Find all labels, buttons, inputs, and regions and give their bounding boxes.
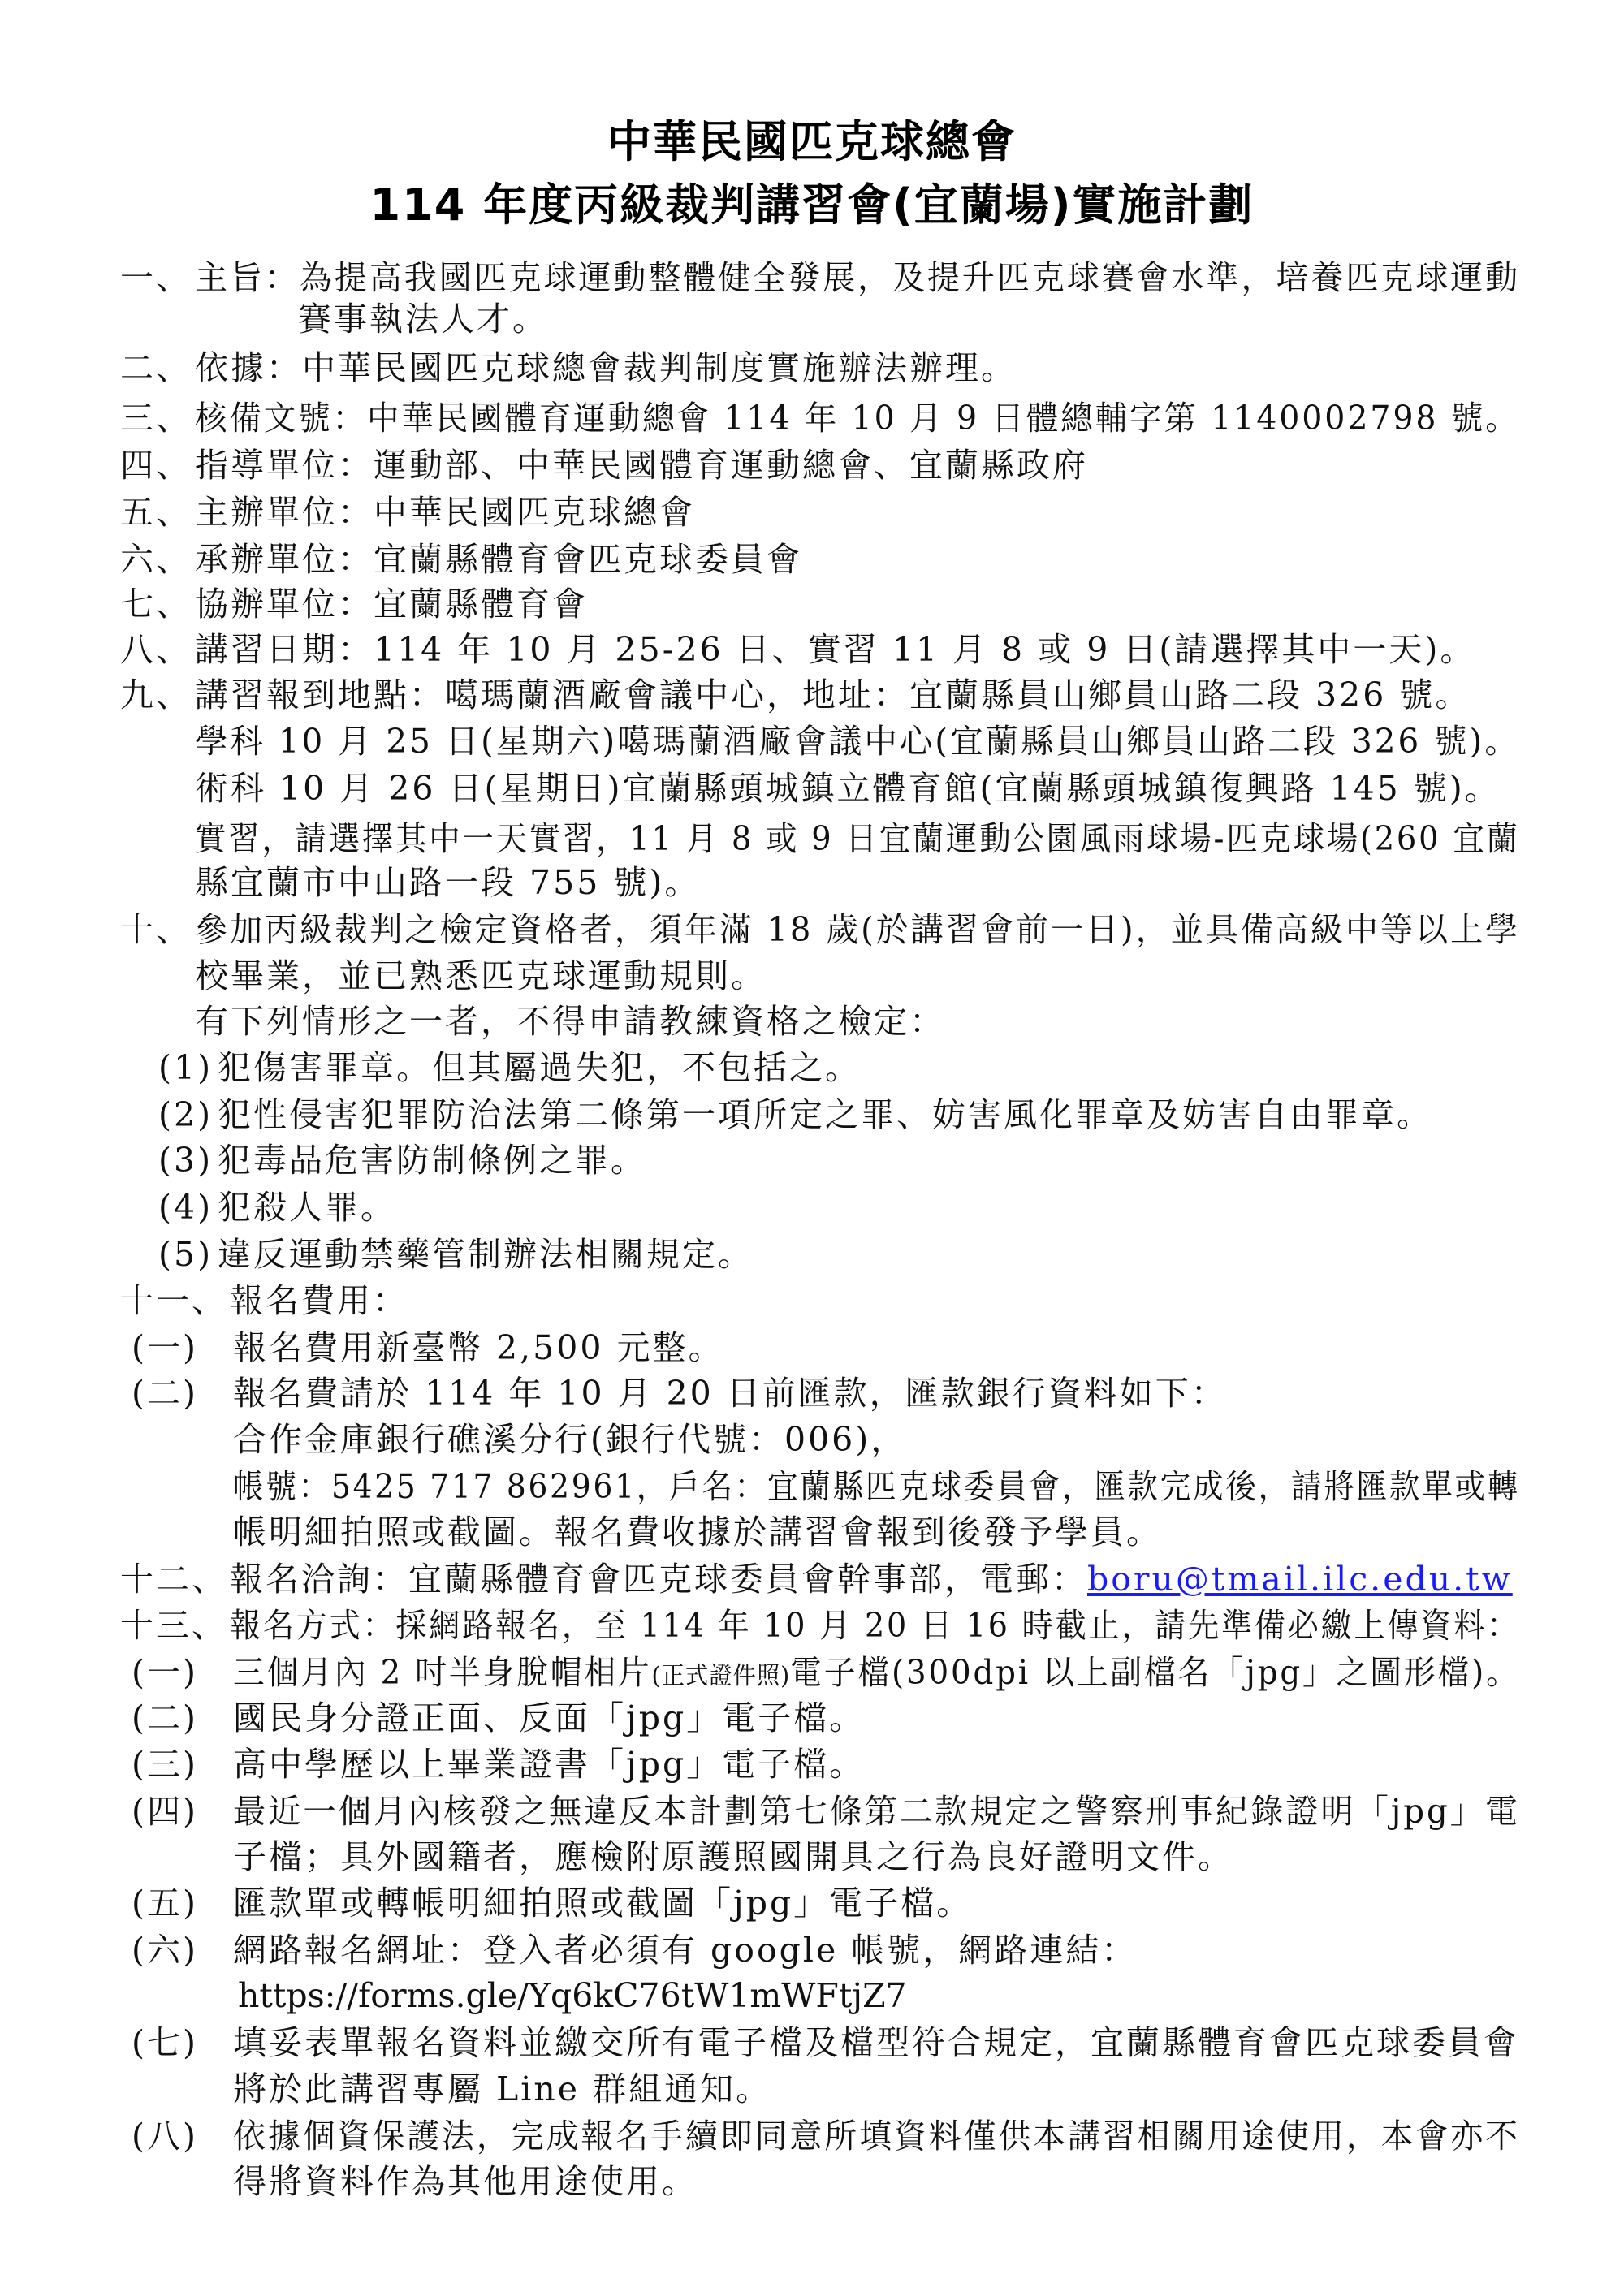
list-item-number: (2) bbox=[158, 1092, 213, 1138]
list-item-number: (4) bbox=[158, 1185, 213, 1231]
section-number: 十三、 bbox=[120, 1603, 227, 1649]
sub-item-number: (一) bbox=[132, 1650, 198, 1696]
section-text: 主辦單位：中華民國匹克球總會 bbox=[195, 490, 695, 536]
photo-requirement: 三個月內 2 吋半身脫帽相片(正式證件照)電子檔(300dpi 以上副檔名「jp… bbox=[233, 1650, 1520, 1696]
list-item-text: 犯性侵害犯罪防治法第二條第一項所定之罪、妨害風化罪章及妨害自由罪章。 bbox=[218, 1092, 1432, 1138]
sub-item-number: (三) bbox=[132, 1741, 198, 1788]
venue-line-practical: 術科 10 月 26 日(星期日)宜蘭縣頭城鎮立體育館(宜蘭縣頭城鎮復興路 14… bbox=[195, 766, 1501, 812]
submission-note: 填妥表單報名資料並繳交所有電子檔及檔型符合規定，宜蘭縣體育會匹克球委員會 bbox=[233, 2020, 1519, 2066]
section-number: 九、 bbox=[120, 672, 192, 719]
sub-item-number: (二) bbox=[132, 1370, 198, 1417]
submission-note-cont: 將於此講習專屬 Line 群組通知。 bbox=[233, 2066, 771, 2113]
section-number: 六、 bbox=[120, 537, 192, 583]
section-number: 三、 bbox=[120, 395, 192, 442]
disqualification-intro: 有下列情形之一者，不得申請教練資格之檢定： bbox=[195, 999, 945, 1045]
payment-deadline: 報名費請於 114 年 10 月 20 日前匯款，匯款銀行資料如下： bbox=[233, 1370, 1227, 1417]
section-number: 五、 bbox=[120, 490, 192, 536]
section-number: 七、 bbox=[120, 581, 192, 628]
sub-item-number: (六) bbox=[132, 1927, 198, 1974]
list-item-text: 犯毒品危害防制條例之罪。 bbox=[218, 1137, 646, 1184]
section-text: 報名方式：採網路報名，至 114 年 10 月 20 日 16 時截止，請先準備… bbox=[230, 1603, 1520, 1649]
document-title-org: 中華民國匹克球總會 bbox=[0, 114, 1624, 170]
contact-email-link[interactable]: boru@tmail.ilc.edu.tw bbox=[1087, 1560, 1513, 1599]
receipt-note: 帳明細拍照或截圖。報名費收據於講習會報到後發予學員。 bbox=[233, 1509, 1162, 1556]
venue-line-internship-cont: 縣宜蘭市中山路一段 755 號)。 bbox=[195, 860, 700, 906]
list-item-number: (3) bbox=[158, 1137, 213, 1184]
section-text: 依據：中華民國匹克球總會裁判制度實施辦法辦理。 bbox=[195, 345, 1017, 391]
section-text: 協辦單位：宜蘭縣體育會 bbox=[195, 581, 588, 628]
sub-item-number: (一) bbox=[132, 1325, 198, 1371]
sub-item-number: (二) bbox=[132, 1695, 198, 1741]
sub-item-number: (七) bbox=[132, 2020, 198, 2066]
id-card-requirement: 國民身分證正面、反面「jpg」電子檔。 bbox=[233, 1695, 865, 1741]
fee-amount: 報名費用新臺幣 2,500 元整。 bbox=[233, 1325, 723, 1371]
section-number: 八、 bbox=[120, 627, 192, 673]
payment-proof-requirement: 匯款單或轉帳明細拍照或截圖「jpg」電子檔。 bbox=[233, 1880, 972, 1927]
police-record-requirement: 最近一個月內核發之無違反本計劃第七條第二款規定之警察刑事紀錄證明「jpg」電 bbox=[233, 1789, 1520, 1835]
section-text: 指導單位：運動部、中華民國體育運動總會、宜蘭縣政府 bbox=[195, 442, 1088, 489]
section-text: 主旨：為提高我國匹克球運動整體健全發展，及提升匹克球賽會水準，培養匹克球運動 bbox=[195, 255, 1520, 301]
sub-item-number: (五) bbox=[132, 1880, 198, 1927]
sub-item-number: (八) bbox=[132, 2113, 198, 2160]
section-text: 承辦單位：宜蘭縣體育會匹克球委員會 bbox=[195, 537, 802, 583]
list-item-number: (5) bbox=[158, 1232, 213, 1278]
bank-account: 帳號：5425 717 862961，戶名：宜蘭縣匹克球委員會，匯款完成後，請將… bbox=[233, 1464, 1520, 1510]
section-number: 一、 bbox=[120, 255, 192, 301]
section-text: 核備文號：中華民國體育運動總會 114 年 10 月 9 日體總輔字第 1140… bbox=[195, 395, 1520, 442]
privacy-note: 依據個資保護法，完成報名手續即同意所填資料僅供本講習相關用途使用，本會亦不 bbox=[233, 2113, 1520, 2160]
document-title-plan: 114 年度丙級裁判講習會(宜蘭場)實施計劃 bbox=[0, 177, 1624, 234]
section-text: 講習報到地點：噶瑪蘭酒廠會議中心，地址：宜蘭縣員山鄉員山路二段 326 號。 bbox=[195, 672, 1471, 719]
list-item-text: 違反運動禁藥管制辦法相關規定。 bbox=[218, 1232, 754, 1278]
section-number: 四、 bbox=[120, 442, 192, 489]
section-text: 報名費用： bbox=[230, 1278, 408, 1324]
list-item-text: 犯傷害罪章。但其屬過失犯，不包括之。 bbox=[218, 1045, 861, 1091]
registration-form-url[interactable]: https://forms.gle/Yq6kC76tW1mWFtjZ7 bbox=[238, 1973, 907, 2019]
section-text: 報名洽詢：宜蘭縣體育會匹克球委員會幹事部，電郵：boru@tmail.ilc.e… bbox=[230, 1556, 1513, 1603]
section-number: 二、 bbox=[120, 345, 192, 391]
photo-format-text: 電子檔(300dpi 以上副檔名「jpg」之圖形檔)。 bbox=[790, 1653, 1520, 1692]
venue-line-internship: 實習，請選擇其中一天實習，11 月 8 或 9 日宜蘭運動公園風雨球場-匹克球場… bbox=[195, 816, 1520, 862]
registration-url-label: 網路報名網址：登入者必須有 google 帳號，網路連結： bbox=[233, 1927, 1137, 1974]
section-text: 講習日期：114 年 10 月 25-26 日、實習 11 月 8 或 9 日(… bbox=[195, 627, 1475, 673]
sub-item-number: (四) bbox=[132, 1789, 198, 1835]
section-number: 十、 bbox=[120, 907, 192, 953]
inquiry-text: 報名洽詢：宜蘭縣體育會匹克球委員會幹事部，電郵： bbox=[230, 1560, 1087, 1599]
section-text-cont: 賽事執法人才。 bbox=[298, 296, 548, 343]
list-item-number: (1) bbox=[158, 1045, 213, 1091]
section-number: 十二、 bbox=[120, 1556, 227, 1603]
privacy-note-cont: 得將資料作為其他用途使用。 bbox=[233, 2159, 698, 2205]
police-record-requirement-cont: 子檔；具外國籍者，應檢附原護照國開具之行為良好證明文件。 bbox=[233, 1834, 1233, 1880]
section-number: 十一、 bbox=[120, 1278, 227, 1324]
bank-name: 合作金庫銀行礁溪分行(銀行代號：006)， bbox=[233, 1417, 906, 1463]
section-text-cont: 校畢業，並已熟悉匹克球運動規則。 bbox=[195, 953, 767, 999]
venue-line-theory: 學科 10 月 25 日(星期六)噶瑪蘭酒廠會議中心(宜蘭縣員山鄉員山路二段 3… bbox=[195, 719, 1520, 765]
photo-requirement-text: 三個月內 2 吋半身脫帽相片 bbox=[233, 1653, 652, 1692]
section-text: 參加丙級裁判之檢定資格者，須年滿 18 歲(於講習會前一日)，並具備高級中等以上… bbox=[195, 907, 1520, 953]
photo-type-note: (正式證件照) bbox=[652, 1662, 791, 1690]
list-item-text: 犯殺人罪。 bbox=[218, 1185, 396, 1231]
diploma-requirement: 高中學歷以上畢業證書「jpg」電子檔。 bbox=[233, 1741, 865, 1788]
